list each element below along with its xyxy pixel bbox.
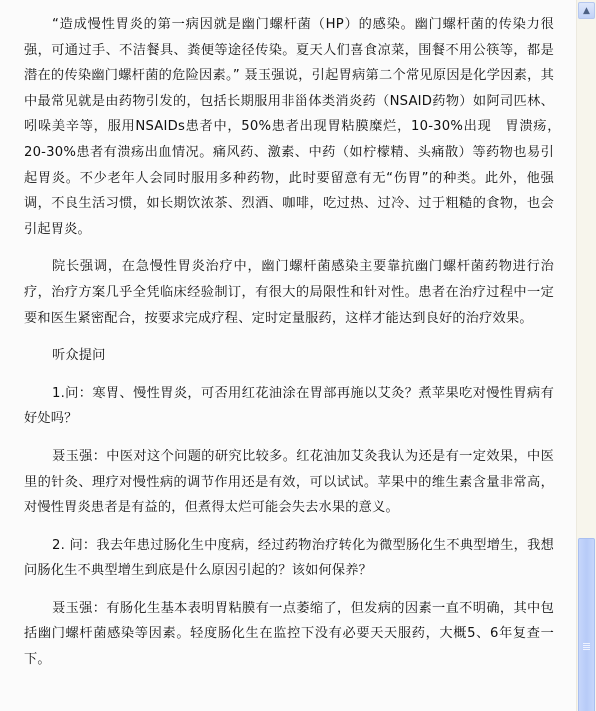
section-heading-audience-questions: 听众提问	[24, 343, 554, 369]
grip-icon	[583, 643, 590, 650]
scrollbar-thumb[interactable]	[578, 538, 595, 711]
document-viewport: “造成慢性胃炎的第一病因就是幽门螺杆菌（HP）的感染。幽门螺杆菌的传染力很强，可…	[0, 0, 575, 711]
answer-1: 聂玉强：中医对这个问题的研究比较多。红花油加艾灸我认为还是有一定效果，中医里的针…	[24, 444, 554, 521]
answer-2: 聂玉强：有肠化生基本表明胃粘膜有一点萎缩了，但发病的因素一直不明确，其中包括幽门…	[24, 596, 554, 673]
chevron-up-icon: ▲	[583, 6, 590, 16]
question-1: 1.问：寒胃、慢性胃炎，可否用红花油涂在胃部再施以艾灸？煮苹果吃对慢性胃病有好处…	[24, 381, 554, 432]
question-2: 2. 问：我去年患过肠化生中度病，经过药物治疗转化为微型肠化生不典型增生，我想问…	[24, 533, 554, 584]
article-body: “造成慢性胃炎的第一病因就是幽门螺杆菌（HP）的感染。幽门螺杆菌的传染力很强，可…	[24, 12, 554, 685]
paragraph-hp-cause: “造成慢性胃炎的第一病因就是幽门螺杆菌（HP）的感染。幽门螺杆菌的传染力很强，可…	[24, 12, 554, 242]
scroll-up-button[interactable]: ▲	[578, 2, 595, 19]
paragraph-treatment: 院长强调，在急慢性胃炎治疗中，幽门螺杆菌感染主要靠抗幽门螺杆菌药物进行治疗，治疗…	[24, 254, 554, 331]
vertical-scrollbar[interactable]: ▲	[576, 0, 596, 711]
